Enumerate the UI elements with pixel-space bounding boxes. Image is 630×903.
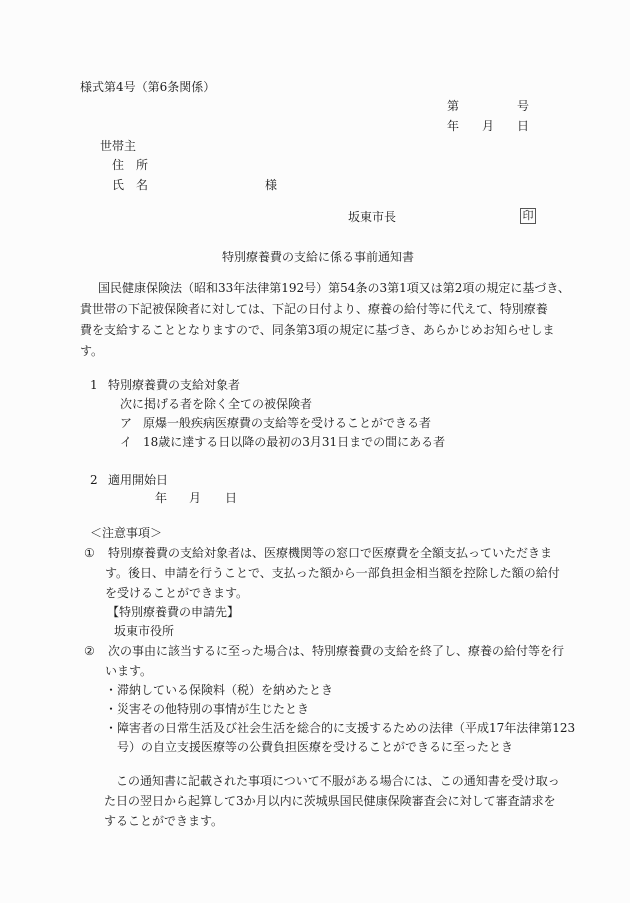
section1-item-marker: イ — [120, 434, 132, 450]
section1-text: 次に掲げる者を除く全ての被保険者 — [120, 396, 312, 412]
recipient-label: 世帯主 — [100, 138, 136, 154]
address-label: 住 所 — [112, 157, 148, 173]
intro-line: 費を支給することとなりますので、同条第3項の規定に基づき、あらかじめお知らせしま — [80, 322, 555, 338]
name-label: 氏 名 — [112, 177, 148, 193]
notes-heading: ＜注意事項＞ — [90, 525, 162, 541]
section1-item-marker: ア — [120, 415, 132, 431]
intro-line: 国民健康保険法（昭和33年法律第192号）第54条の3第1項又は第2項の規定に基… — [98, 280, 570, 296]
apply-heading: 【特別療養費の申請先】 — [107, 604, 239, 620]
note1-marker: ① — [84, 545, 95, 561]
start-date-month: 月 — [189, 490, 201, 506]
intro-line: 貴世帯の下記被保険者に対しては、下記の日付より、療養の給付等に代えて、特別療養 — [80, 301, 548, 317]
section2-heading: 適用開始日 — [108, 472, 168, 488]
form-number: 様式第4号（第6条関係） — [80, 79, 215, 95]
note2-line: 次の事由に該当するに至った場合は、特別療養費の支給を終了し、療養の給付等を行 — [108, 643, 564, 659]
note1-line: 特別療養費の支給対象者は、医療機関等の窓口で医療費を全額支払っていただきま — [108, 545, 552, 561]
note2-bullet: ・災害その他特別の事情が生じたとき — [105, 701, 309, 717]
note2-bullet-continuation: 号）の自立支援医療等の公費負担医療を受けることができるに至ったとき — [117, 739, 513, 755]
note2-marker: ② — [84, 643, 95, 659]
section1-number: 1 — [90, 377, 98, 393]
section1-item-text: 原爆一般疾病医療費の支給等を受けることができる者 — [143, 415, 431, 431]
section1-item-text: 18歳に達する日以降の最初の3月31日までの間にある者 — [143, 434, 445, 450]
start-date-day: 日 — [225, 490, 237, 506]
note2-bullet: ・滞納している保険料（税）を納めたとき — [105, 682, 333, 698]
appeal-line: することができます。 — [104, 813, 223, 829]
appeal-line: この通知書に記載された事項について不服がある場合には、この通知書を受け取っ — [116, 773, 560, 789]
section1-heading: 特別療養費の支給対象者 — [108, 377, 240, 393]
seal-stamp: 印 — [520, 208, 536, 224]
start-date-year: 年 — [155, 490, 167, 506]
section2-number: 2 — [90, 472, 98, 488]
note1-line: す。後日、申請を行うことで、支払った額から一部負担金相当額を控除した額の給付 — [105, 565, 560, 581]
honorific: 様 — [265, 177, 277, 193]
document-title: 特別療養費の支給に係る事前通知書 — [222, 249, 414, 265]
issue-date-month: 月 — [482, 118, 494, 134]
document-number-prefix: 第 — [447, 98, 459, 114]
document-number-suffix: 号 — [517, 98, 529, 114]
issue-date-day: 日 — [517, 118, 529, 134]
note2-bullet: ・障害者の日常生活及び社会生活を総合的に支援するための法律（平成17年法律第12… — [105, 720, 575, 736]
issuer-title: 坂東市長 — [348, 209, 396, 225]
note2-line: います。 — [105, 663, 152, 679]
issue-date-year: 年 — [447, 118, 459, 134]
appeal-line: た日の翌日から起算して3か月以内に茨城県国民健康保険審査会に対して審査請求を — [104, 793, 556, 809]
apply-to: 坂東市役所 — [114, 623, 174, 639]
note1-line: を受けることができます。 — [105, 585, 248, 601]
intro-line: す。 — [80, 343, 103, 359]
